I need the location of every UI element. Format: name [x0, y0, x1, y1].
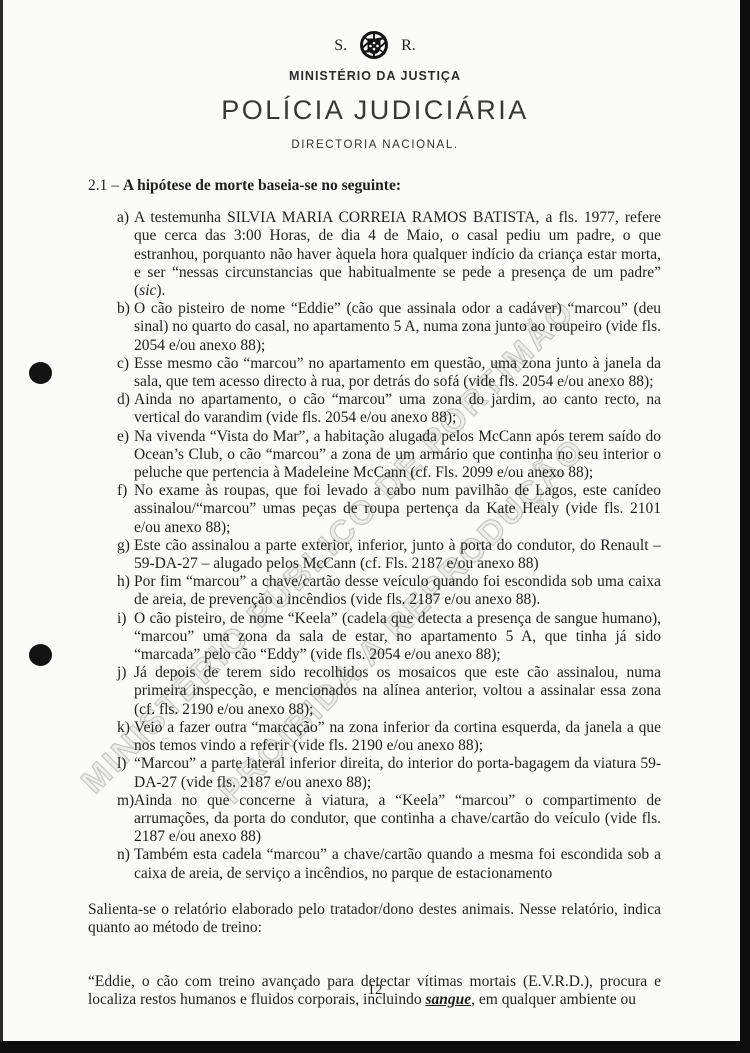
list-item-text: Já depois de terem sido recolhidos os mo…: [134, 664, 661, 717]
list-item-d: d)Ainda no apartamento, o cão “marcou” u…: [88, 391, 661, 427]
list-item-marker: e): [117, 428, 129, 446]
document-body: 2.1 – A hipótese de morte baseia-se no s…: [88, 177, 661, 1010]
section-number: 2.1 –: [88, 177, 123, 194]
list-item-text: Ainda no que concerne à viatura, a “Keel…: [134, 792, 661, 845]
letterhead: S. R. MINISTÉRIO DA JUS: [0, 0, 750, 151]
scan-edge-left: [0, 0, 3, 1041]
list-item-text-after: ).: [156, 282, 165, 299]
list-item-text: Na vivenda “Vista do Mar”, a habitação a…: [134, 428, 661, 481]
list-item-k: k)Veio a fazer outra “marcação” na zona …: [88, 719, 661, 755]
list-item-e: e)Na vivenda “Vista do Mar”, a habitação…: [88, 428, 661, 483]
paragraph-salienta: Salienta-se o relatório elaborado pelo t…: [88, 901, 661, 937]
list-item-marker: n): [117, 846, 130, 864]
list-item-text: No exame às roupas, que foi levado a cab…: [134, 482, 661, 535]
list-item-marker: a): [117, 209, 129, 227]
list-item-a: a)A testemunha SILVIA MARIA CORREIA RAMO…: [88, 209, 661, 300]
list-item-marker: d): [117, 391, 130, 409]
list-item-text: Esse mesmo cão “marcou” no apartamento e…: [134, 355, 661, 390]
list-item-i: i)O cão pisteiro, de nome “Keela” (cadel…: [88, 610, 661, 665]
scan-edge-right: [740, 0, 750, 1053]
list-item-text: A testemunha SILVIA MARIA CORREIA RAMOS …: [134, 209, 661, 299]
list-item-b: b)O cão pisteiro de nome “Eddie” (cão qu…: [88, 300, 661, 355]
list-item-marker: c): [117, 355, 129, 373]
list-item-h: h)Por fim “marcou” a chave/cartão desse …: [88, 573, 661, 609]
list-item-f: f)No exame às roupas, que foi levado a c…: [88, 482, 661, 537]
list-item-text: O cão pisteiro, de nome “Keela” (cadela …: [134, 610, 661, 663]
section-heading: 2.1 – A hipótese de morte baseia-se no s…: [88, 177, 661, 195]
ministry-name: MINISTÉRIO DA JUSTIÇA: [0, 69, 750, 83]
list-item-text: Ainda no apartamento, o cão “marcou” uma…: [134, 391, 661, 426]
list-item-marker: h): [117, 573, 130, 591]
list-item-text: Por fim “marcou” a chave/cartão desse ve…: [134, 573, 661, 608]
list-item-m: m)Ainda no que concerne à viatura, a “Ke…: [88, 792, 661, 847]
section-title: A hipótese de morte baseia-se no seguint…: [123, 177, 401, 194]
coat-of-arms-icon: [356, 30, 392, 62]
list-item-marker: i): [117, 610, 126, 628]
list-item-text: “Marcou” a parte lateral inferior direit…: [134, 755, 661, 790]
list-item-text: Também esta cadela “marcou” a chave/cart…: [134, 846, 661, 881]
list-item-marker: b): [117, 300, 130, 318]
list-item-j: j)Já depois de terem sido recolhidos os …: [88, 664, 661, 719]
list-item-marker: f): [117, 482, 127, 500]
letter-r: R.: [401, 37, 416, 55]
list-item-n: n)Também esta cadela “marcou” a chave/ca…: [88, 846, 661, 882]
list-item-marker: k): [117, 719, 130, 737]
list-item-l: l)“Marcou” a parte lateral inferior dire…: [88, 755, 661, 791]
hypothesis-list: a)A testemunha SILVIA MARIA CORREIA RAMO…: [88, 209, 661, 883]
letter-s: S.: [334, 37, 347, 55]
list-item-marker: g): [117, 537, 130, 555]
list-item-c: c)Esse mesmo cão “marcou” no apartamento…: [88, 355, 661, 391]
sic-italic: sic: [139, 282, 156, 299]
hole-punch-mark-top: [29, 362, 52, 384]
list-item-text: Veio a fazer outra “marcação” na zona in…: [134, 719, 661, 754]
organization-subtitle: DIRECTORIA NACIONAL.: [0, 139, 750, 151]
page-number: 12: [0, 982, 750, 999]
list-item-marker: m): [117, 792, 134, 810]
list-item-text: Este cão assinalou a parte exterior, inf…: [134, 537, 661, 572]
organization-title: POLÍCIA JUDICIÁRIA: [0, 95, 750, 126]
list-item-marker: l): [117, 755, 126, 773]
crest-row: S. R.: [0, 30, 750, 62]
list-item-g: g)Este cão assinalou a parte exterior, i…: [88, 537, 661, 573]
list-item-text: O cão pisteiro de nome “Eddie” (cão que …: [134, 300, 661, 353]
hole-punch-mark-bottom: [29, 644, 52, 666]
scan-edge-bottom: [0, 1041, 750, 1053]
list-item-marker: j): [117, 664, 126, 682]
